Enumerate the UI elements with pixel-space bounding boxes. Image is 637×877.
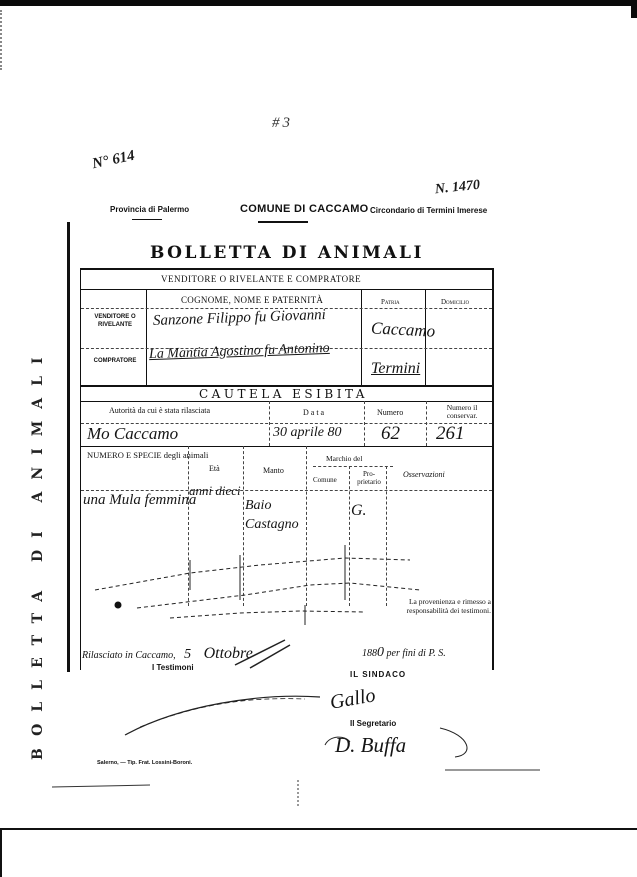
buyer-name: La Mantia Agostino fu Antonino	[149, 341, 330, 363]
issued-year-suffix: 0	[377, 645, 384, 660]
keep-number-column-header: Numero il conservar.	[432, 404, 492, 420]
comune-underline	[258, 221, 308, 223]
parties-heading: VENDITORE O RIVELANTE E COMPRATORE	[161, 274, 361, 284]
circondario-label: Circondario di Termini Imerese	[370, 206, 487, 215]
scan-border-bottom-left	[0, 828, 2, 877]
authority-column-header: Autorità da cui è stata rilasciata	[109, 406, 210, 415]
notes-column-header: Osservazioni	[403, 470, 445, 479]
secretary-signature: D. Buffa	[335, 733, 406, 758]
registration-number: N. 1470	[434, 178, 481, 199]
side-title-rotated: BOLLETTA DI ANIMALI	[30, 346, 46, 760]
number-species-column-header: NUMERO E SPECIE degli animali	[87, 450, 208, 460]
mayor-label: IL SINDACO	[350, 670, 406, 679]
comune-label: COMUNE DI CACCAMO	[240, 203, 369, 215]
divider	[386, 466, 387, 606]
witnesses-label: I Testimoni	[152, 663, 194, 672]
patria-column-divider	[361, 289, 362, 385]
brand-owner-column-header: Pro-prietario	[353, 470, 385, 486]
patria-column-header: Patria	[381, 298, 400, 306]
domicilio-column-header: Domicilio	[441, 298, 469, 306]
divider	[81, 446, 492, 447]
form-top-border	[81, 268, 492, 270]
scan-border-bottom	[0, 828, 637, 830]
number-column-header: Numero	[377, 408, 403, 417]
divider	[81, 289, 492, 290]
name-column-header: COGNOME, NOME E PATERNITÀ	[181, 295, 323, 305]
animal-brand-owner: G.	[351, 502, 367, 520]
brand-column-header: Marchio del	[326, 454, 362, 463]
divider	[81, 490, 492, 491]
divider	[81, 401, 492, 402]
caution-date-value: 30 aprile 80	[273, 425, 341, 441]
issued-month: Ottobre	[204, 645, 253, 662]
scan-border-left	[0, 10, 3, 70]
form-table: VENDITORE O RIVELANTE E COMPRATORE COGNO…	[80, 268, 494, 670]
animal-number-species: una Mula femmina	[83, 492, 196, 509]
secretary-label: Il Segretario	[350, 719, 396, 728]
provincia-label: Provincia di Palermo	[110, 205, 189, 214]
coat-column-header: Manto	[263, 466, 284, 475]
document-number: N° 614	[91, 148, 137, 174]
issued-purpose: per fini di P. S.	[387, 648, 446, 659]
issued-label: Rilasciato in Caccamo,	[82, 650, 176, 661]
printer-imprint: Salerno, — Tip. Frat. Lossini-Boroni.	[97, 760, 192, 766]
provincia-underline	[132, 219, 162, 220]
seller-patria: Caccamo	[371, 318, 436, 341]
divider	[306, 446, 307, 606]
caution-number-value: 62	[381, 423, 400, 445]
divider	[188, 446, 189, 606]
age-column-header: Età	[209, 464, 220, 473]
divider	[313, 466, 393, 467]
animal-age: anni dieci	[189, 482, 244, 499]
caution-authority-value: Mo Caccamo	[87, 424, 178, 444]
role-column-divider	[146, 289, 147, 385]
caution-keep-number-value: 261	[436, 423, 465, 445]
date-column-header: Data	[303, 408, 326, 417]
outer-border-line	[67, 222, 70, 672]
mayor-signature: Gallo	[328, 684, 377, 715]
scan-border-top	[0, 0, 637, 6]
seller-role-label: VENDITORE O RIVELANTE	[87, 313, 143, 329]
issued-place-label: Rilasciato in Caccamo, 5 Ottobre	[82, 645, 253, 663]
issued-year-prefix: 188	[362, 648, 377, 659]
buyer-role-label: COMPRATORE	[85, 357, 145, 365]
divider	[243, 446, 244, 606]
issued-day: 5	[184, 647, 191, 662]
buyer-patria: Termini	[371, 360, 420, 378]
issued-year-purpose: 1880 per fini di P. S.	[362, 645, 446, 661]
animal-coat: Baio Castagno	[245, 496, 305, 534]
seller-name: Sanzone Filippo fu Giovanni	[153, 307, 326, 330]
footnote: La provenienza e rimesso a responsabilit…	[381, 598, 491, 615]
document-title: BOLLETTA DI ANIMALI	[150, 243, 424, 263]
brand-comune-column-header: Comune	[313, 476, 337, 484]
page-number-mark: #3	[272, 115, 293, 132]
caution-heading: CAUTELA ESIBITA	[199, 387, 368, 401]
divider	[349, 466, 350, 606]
